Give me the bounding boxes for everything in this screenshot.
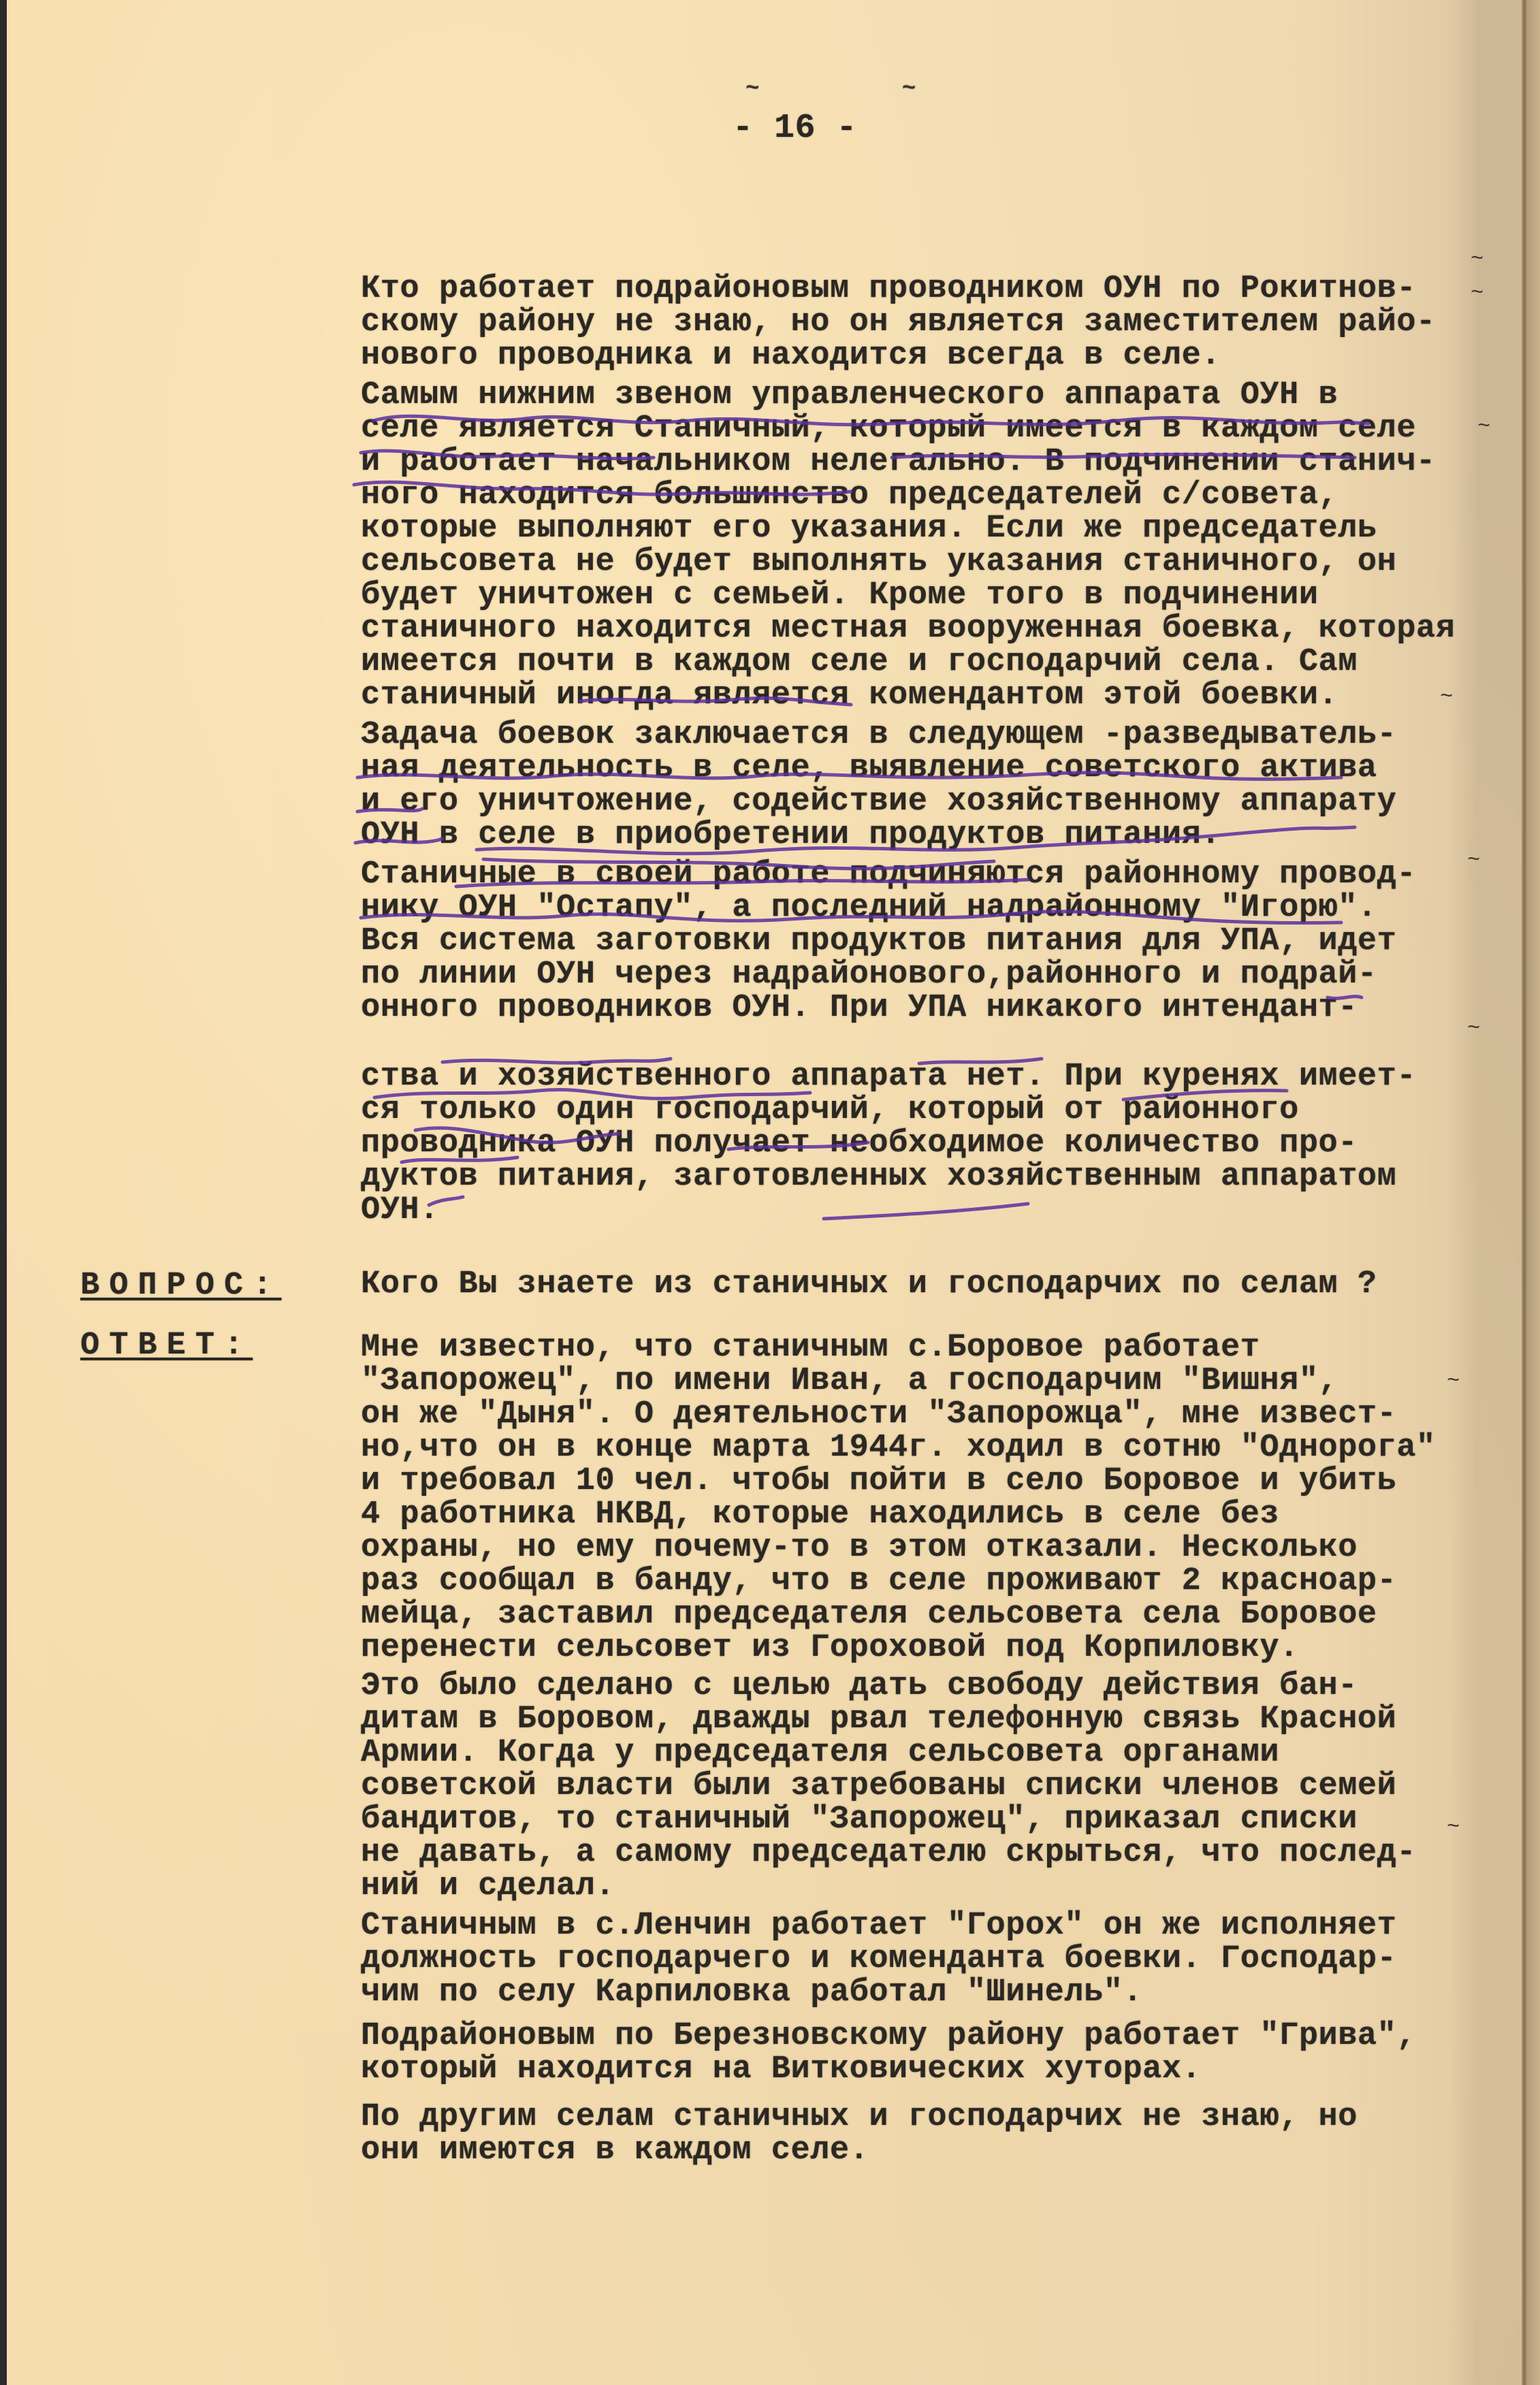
answer-line: Мне известно, что станичным с.Боровое ра… xyxy=(361,1331,1260,1365)
question-label: ВОПРОС: xyxy=(80,1268,281,1304)
answer-line: не давать, а самому председателю скрытьс… xyxy=(361,1836,1416,1870)
text-line: Задача боевок заключается в следующем -р… xyxy=(361,718,1396,752)
answer-line: и требовал 10 чел. чтобы пойти в село Бо… xyxy=(361,1464,1396,1499)
text-line: ного находится большинство председателей… xyxy=(361,479,1338,513)
answer-line: он же "Дыня". О деятельности "Запорожца"… xyxy=(361,1398,1396,1432)
answer-line: дитам в Боровом, дважды рвал телефонную … xyxy=(361,1703,1396,1737)
answer-line: Станичным в с.Ленчин работает "Горох" он… xyxy=(361,1909,1396,1943)
margin-mark: ~ xyxy=(1477,414,1490,439)
text-line: ная деятельность в селе, выявление совет… xyxy=(361,752,1377,786)
text-line: станичного находится местная вооруженная… xyxy=(361,612,1455,646)
answer-line: По другим селам станичных и господарчих … xyxy=(361,2100,1358,2134)
answer-line: мейца, заставил председателя сельсовета … xyxy=(361,1598,1377,1632)
answer-line: но,что он в конце марта 1944г. ходил в с… xyxy=(361,1431,1436,1465)
text-line: по линии ОУН через надрайонового,районно… xyxy=(361,958,1377,992)
answer-line: "Запорожец", по имени Иван, а господарчи… xyxy=(361,1364,1338,1398)
text-line: Вся система заготовки продуктов питания … xyxy=(361,925,1396,959)
margin-mark: ~ xyxy=(1440,684,1453,709)
text-line: Кто работает подрайоновым проводником ОУ… xyxy=(361,272,1416,306)
answer-line: чим по селу Карпиловка работал "Шинель". xyxy=(361,1976,1142,2010)
text-line: ОУН в селе в приобретении продуктов пита… xyxy=(361,818,1221,852)
answer-line: охраны, но ему почему-то в этом отказали… xyxy=(361,1531,1358,1565)
answer-line: перенести сельсовет из Гороховой под Кор… xyxy=(361,1631,1299,1665)
text-line: сельсовета не будет выполнять указания с… xyxy=(361,545,1396,579)
text-line: скому району не знаю, но он является зам… xyxy=(361,306,1436,340)
binding-fold xyxy=(1522,0,1527,2385)
text-line: ства и хозяйственного аппарата нет. При … xyxy=(361,1060,1416,1094)
answer-line: Подрайоновым по Березновскому району раб… xyxy=(361,2019,1416,2053)
document-page: ~ ~ - 16 - Кто работает подрайоновым про… xyxy=(7,0,1540,2385)
answer-line: раз сообщал в банду, что в селе проживаю… xyxy=(361,1565,1396,1599)
margin-mark: ~ xyxy=(1467,848,1480,873)
text-line: нику ОУН "Остапу", а последний надрайонн… xyxy=(361,891,1377,925)
answer-line: Это было сделано с целью дать свободу де… xyxy=(361,1669,1358,1703)
margin-mark: ~ xyxy=(1471,281,1483,306)
answer-line: советской власти были затребованы списки… xyxy=(361,1770,1396,1804)
text-line: Станичные в своей работе подчиняются рай… xyxy=(361,858,1416,892)
margin-mark: ~ xyxy=(1447,1814,1460,1840)
text-line: имеется почти в каждом селе и господарчи… xyxy=(361,645,1358,679)
text-line: которые выполняют его указания. Если же … xyxy=(361,512,1377,546)
question-text: Кого Вы знаете из станичных и господарчи… xyxy=(361,1268,1377,1302)
text-line: ОУН. xyxy=(361,1194,439,1228)
answer-label: ОТВЕТ: xyxy=(80,1328,253,1364)
text-line: станичный иногда является комендантом эт… xyxy=(361,679,1338,713)
text-line: и работает начальником нелегально. В под… xyxy=(361,445,1436,479)
page-number-ticks: ~ ~ xyxy=(745,76,916,102)
text-line: ся только один господарчий, который от р… xyxy=(361,1093,1299,1127)
answer-line: Армии. Когда у председателя сельсовета о… xyxy=(361,1736,1279,1770)
margin-mark: ~ xyxy=(1471,246,1483,272)
text-line: дуктов питания, заготовленных хозяйствен… xyxy=(361,1160,1396,1194)
text-line: Самым нижним звеном управленческого аппа… xyxy=(361,379,1338,413)
text-line: онного проводников ОУН. При УПА никакого… xyxy=(361,991,1358,1025)
margin-mark: ~ xyxy=(1447,1368,1460,1394)
answer-line: 4 работника НКВД, которые находились в с… xyxy=(361,1498,1279,1532)
text-line: проводника ОУН получает необходимое коли… xyxy=(361,1127,1358,1161)
answer-line: ний и сделал. xyxy=(361,1870,615,1904)
answer-line: бандитов, то станичный "Запорожец", прик… xyxy=(361,1803,1358,1837)
text-line: нового проводника и находится всегда в с… xyxy=(361,339,1221,373)
margin-mark: ~ xyxy=(1467,1016,1480,1041)
binding-strip xyxy=(1527,0,1540,2385)
text-line: будет уничтожен с семьей. Кроме того в п… xyxy=(361,579,1319,613)
page-number: - 16 - xyxy=(733,109,857,148)
text-line: и его уничтожение, содействие хозяйствен… xyxy=(361,785,1396,819)
text-line: селе является Станичный, который имеется… xyxy=(361,412,1416,446)
answer-line: должность господарчего и коменданта боев… xyxy=(361,1942,1396,1976)
answer-line: они имеются в каждом селе. xyxy=(361,2134,869,2168)
answer-line: который находится на Витковических хутор… xyxy=(361,2053,1201,2087)
